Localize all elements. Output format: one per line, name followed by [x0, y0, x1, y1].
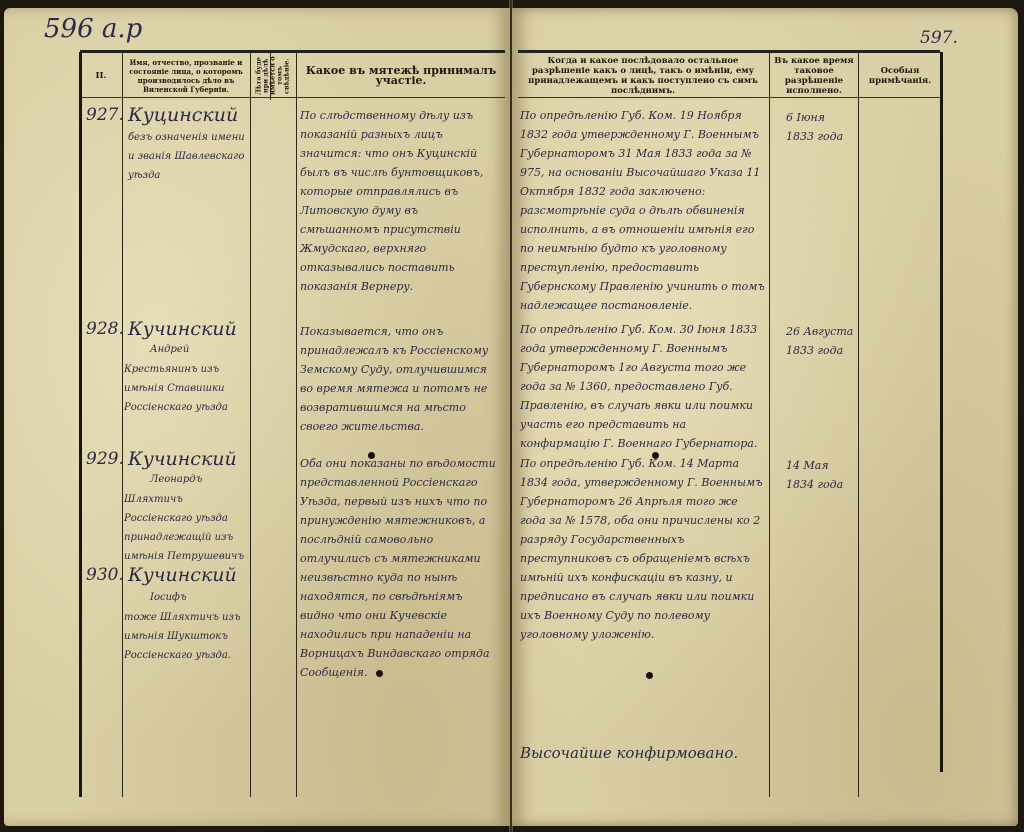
- header-age: Лѣта буде при дѣлѣ имѣется о томъ свѣдѣн…: [251, 56, 295, 96]
- col-divider: [769, 52, 770, 797]
- entry-executed: 14 Мая 1834 года: [786, 456, 856, 494]
- header-number: II.: [80, 56, 122, 96]
- col-divider: [122, 52, 123, 797]
- entry-description: Шляхтичъ Россіенскаго уѣзда принадлежащі…: [124, 490, 248, 566]
- entry-surname: Кучинский: [128, 448, 237, 470]
- header-notes: Особыя примѣчанія.: [860, 56, 940, 96]
- col-divider: [250, 52, 251, 797]
- entry-given-name: Леонардъ: [150, 470, 202, 489]
- entry-resolution: По опредѣленію Губ. Ком. 30 Іюня 1833 го…: [520, 320, 766, 453]
- left-header-top-rule: [80, 50, 505, 53]
- binding-hole: [652, 452, 659, 459]
- col-divider: [858, 52, 859, 797]
- header-resolution: Когда и какое послѣдовало остальное разр…: [518, 56, 768, 96]
- left-header-bottom-rule: [80, 97, 505, 98]
- right-header-bottom-rule: [518, 97, 940, 98]
- entry-description: Крестьянинъ изъ имѣнія Ставишки Россіенс…: [124, 360, 248, 417]
- right-margin-line: [940, 52, 943, 772]
- entry-executed: 26 Августа 1833 года: [786, 322, 856, 360]
- binding-hole: [376, 670, 383, 677]
- col-divider: [296, 52, 297, 797]
- entry-given-name: Андрей: [150, 340, 189, 359]
- right-header-top-rule: [518, 50, 940, 53]
- entry-participation: Оба они показаны по вѣдомости представле…: [300, 454, 500, 682]
- entry-given-name: Іосифъ: [150, 588, 187, 607]
- entry-number: 928.: [86, 320, 124, 339]
- entry-resolution: По опредѣленію Губ. Ком. 14 Марта 1834 г…: [520, 454, 766, 644]
- entry-resolution: Высочайше конфирмовано.: [520, 742, 738, 764]
- entry-surname: Кучинский: [128, 318, 237, 340]
- entry-surname: Кучинский: [128, 564, 237, 586]
- entry-description: тоже Шляхтичъ изъ имѣнія Шукштокъ Россіе…: [124, 608, 248, 665]
- entry-number: 929.: [86, 450, 124, 469]
- entry-number: 927.: [86, 106, 124, 125]
- header-participation: Какое въ мятежѣ принималъ участіе.: [298, 56, 504, 96]
- binding-hole: [368, 452, 375, 459]
- entry-surname: Куцинский: [128, 104, 238, 126]
- header-executed: Въ какое время таковое разрѣшеніе исполн…: [771, 56, 857, 96]
- header-name: Имя, отчество, прозваніе и состояніе лиц…: [124, 56, 248, 96]
- entry-participation: По слѣдственному дѣлу изъ показаній разн…: [300, 106, 500, 296]
- right-page-number: 597.: [920, 28, 958, 48]
- entry-executed: 6 Іюня 1833 года: [786, 108, 856, 146]
- entry-description: безъ означенія имени и званія Шавлевскаг…: [128, 128, 246, 185]
- entry-participation: Показывается, что онъ принадлежалъ къ Ро…: [300, 322, 500, 436]
- left-margin-line: [79, 52, 82, 797]
- entry-resolution: По опредѣленію Губ. Ком. 19 Ноября 1832 …: [520, 106, 766, 315]
- left-page-number: 596 a.p: [44, 14, 142, 44]
- entry-number: 930.: [86, 566, 124, 585]
- binding-hole: [646, 672, 653, 679]
